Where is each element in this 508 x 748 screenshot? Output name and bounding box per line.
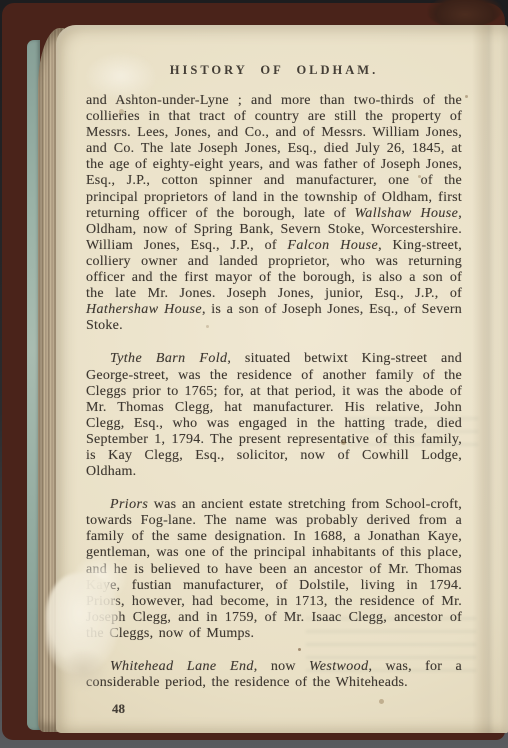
paragraph: Tythe Barn Fold, situated betwixt King-s… — [86, 351, 462, 480]
page-number: 48 — [112, 701, 125, 717]
text-segment: Wallshaw House — [355, 206, 459, 221]
text-segment: Priors — [110, 497, 148, 512]
text-segment: was an ancient estate stretching from Sc… — [86, 497, 462, 641]
running-header: HISTORY OF OLDHAM. — [86, 63, 462, 78]
text-segment: Hathershaw House — [86, 302, 202, 317]
text-block: and Ashton-under-Lyne ; and more than tw… — [86, 93, 462, 691]
paragraph: Whitehead Lane End, now Westwood, was, f… — [86, 659, 462, 691]
text-segment: Falcon House — [287, 238, 378, 253]
page-crease — [472, 25, 500, 733]
text-segment: Tythe Barn Fold — [110, 351, 227, 366]
paragraph: and Ashton-under-Lyne ; and more than tw… — [86, 93, 462, 334]
text-segment: , now — [254, 659, 309, 674]
photo-canvas: HISTORY OF OLDHAM. and Ashton-under-Lyne… — [0, 0, 508, 748]
paragraph: Priors was an ancient estate stretching … — [86, 497, 462, 642]
text-segment: and Ashton-under-Lyne ; and more than tw… — [86, 93, 462, 221]
text-segment: , situated betwixt King-street and Georg… — [86, 351, 462, 479]
book-page: HISTORY OF OLDHAM. and Ashton-under-Lyne… — [56, 25, 508, 733]
text-segment: Westwood — [309, 659, 368, 674]
text-segment: Whitehead Lane End — [110, 659, 254, 674]
